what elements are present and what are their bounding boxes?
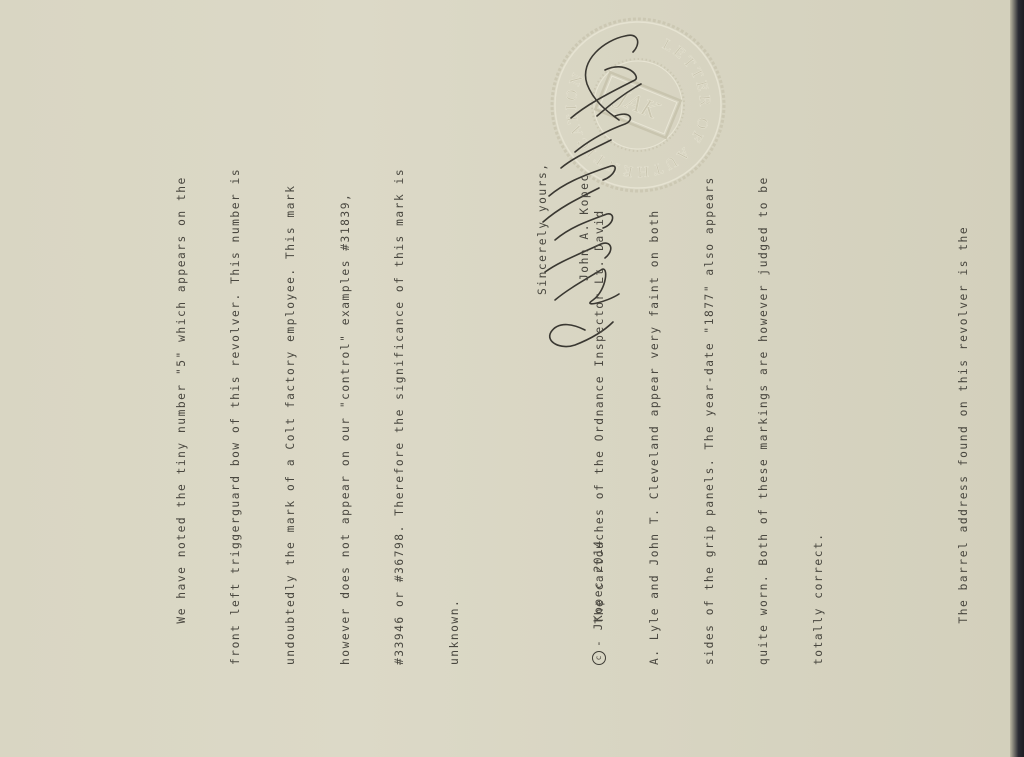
copyright-icon: c (592, 651, 606, 665)
text-line: totally correct. (810, 25, 828, 665)
text-line: #33946 or #36798. Therefore the signific… (391, 25, 409, 665)
page-edge-shadow (1010, 0, 1024, 757)
closing-salutation: Sincerely yours, (534, 162, 552, 295)
letter-body: We have noted the tiny number "5" which … (100, 25, 1016, 665)
text-line: The barrel address found on this revolve… (955, 25, 973, 665)
signer-name: John A. Kopec (576, 173, 594, 281)
paragraph-trigger-guard-mark: We have noted the tiny number "5" which … (136, 25, 500, 665)
text-line: however does not appear on our "control"… (337, 25, 355, 665)
text-line: We have noted the tiny number "5" which … (173, 25, 191, 665)
text-line: unknown. (446, 25, 464, 665)
copyright-notice: c- JKopec 2014 (590, 539, 608, 665)
text-line: A. Lyle and John T. Cleveland appear ver… (646, 25, 664, 665)
text-line: undoubtedly the mark of a Colt factory e… (282, 25, 300, 665)
text-line: quite worn. Both of these markings are h… (755, 25, 773, 665)
text-line: sides of the grip panels. The year-date … (701, 25, 719, 665)
letter-page: LETTER OF AUTHENTICATION JAK We have n (0, 0, 1016, 757)
copyright-text: - JKopec 2014 (592, 539, 605, 647)
paragraph-barrel-address: The barrel address found on this revolve… (919, 25, 1016, 665)
text-line: front left triggerguard bow of this revo… (227, 25, 245, 665)
